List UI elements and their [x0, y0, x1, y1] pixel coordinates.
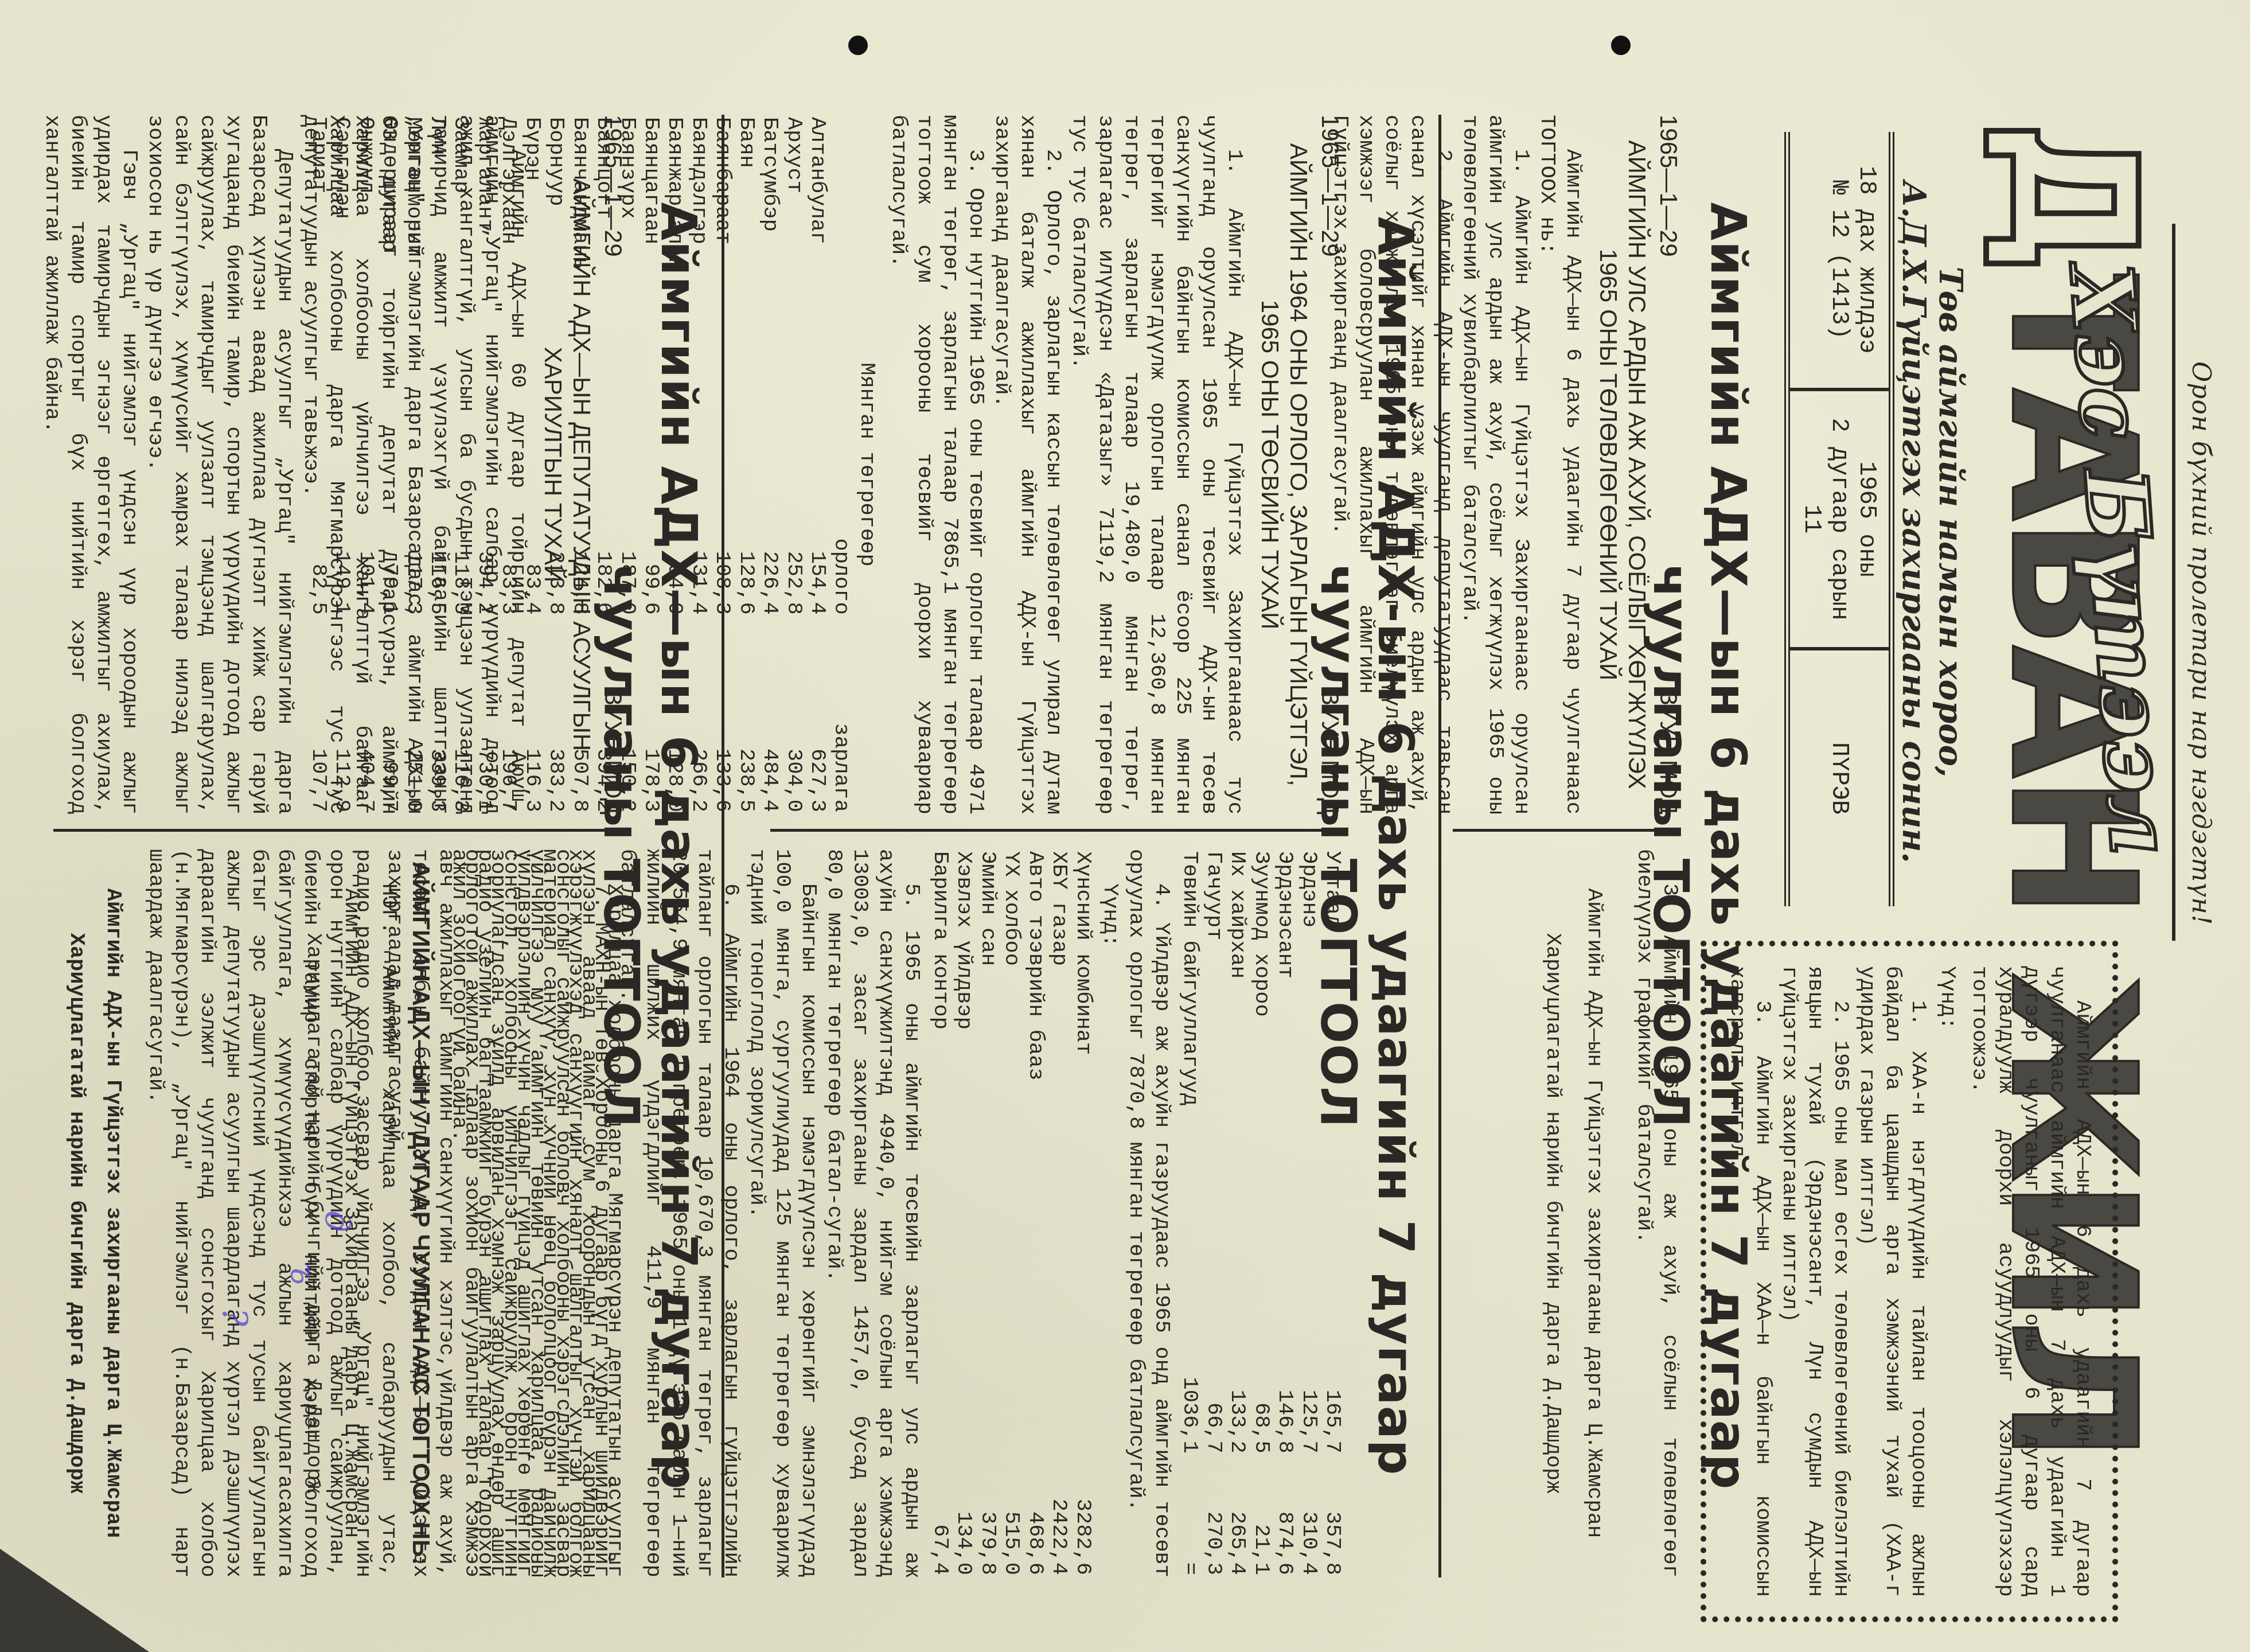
issue-number-cell: 18 дах жилдээ № 12 (1413): [1790, 132, 1889, 391]
article-deputies-subtitle: АЙМГИЙН АДХ—ЫН ДЕПУТАТУУДЫН АСУУЛГЫН ХАР…: [538, 115, 596, 815]
table-row: Төвийн байгууллагууд1036,1=: [1177, 849, 1201, 1577]
article-deputies-col1: 1965—1—29 ЗУУН МОД АЙМГИЙН АДХ—ЫН ДЕПУТА…: [38, 115, 627, 815]
table-row: Баян128,6238,5: [734, 115, 757, 815]
article-deputies-signatures: Аймгийн АДХ-ын Гүйцэтгэх захиргааны дарг…: [63, 849, 127, 1577]
row-value: 165,7: [1320, 1311, 1344, 1456]
row-value: 3282,6: [1070, 1390, 1094, 1577]
table-row: Эрдэнэсант146,8874,6: [1273, 849, 1296, 1577]
sum-budget-table-continued: Угтаал165,7357,8Эрдэнэ125,7310,4Эрдэнэса…: [1177, 849, 1344, 1577]
row-label: ХБҮ газар: [1047, 849, 1070, 1390]
row-value: 252,8: [781, 446, 805, 617]
row-value: 133,2: [1225, 1311, 1249, 1456]
title-outline-letter: Д: [1986, 120, 2158, 274]
column-rule: [1453, 829, 1676, 832]
article-deputies-date: 1965—1—29: [599, 115, 627, 257]
row-label: ҮХ холбоо: [999, 849, 1023, 1390]
row-value: 134,0: [952, 1390, 975, 1577]
resolution-heading: АЙМГИЙН АДХ—ЫН 7 ДУГААР ЧУУЛГАНААС ТОГТО…: [407, 849, 435, 1577]
table-row: Алтанбулаг154,4627,3: [805, 115, 829, 815]
row-value: 68,5: [1249, 1311, 1272, 1456]
newspaper-page: Орон бүхний пролетари нар нэгдэгтүн! ДТА…: [0, 0, 2250, 1652]
table-row: Архуст252,8304,0: [781, 115, 805, 815]
row-value: 357,8: [1320, 1456, 1344, 1577]
table-row: Хүнсний комбинат3282,6: [1070, 849, 1094, 1577]
table-row: Гачуурт66,7270,3: [1201, 849, 1225, 1577]
issue-info-bar: 18 дах жилдээ № 12 (1413) 1965 оны 2 дуг…: [1784, 132, 1894, 906]
table-row: Эмийн сан379,8: [975, 849, 999, 1577]
row-value: 265,4: [1225, 1456, 1249, 1577]
enterprise-income-table: Хүнсний комбинат3282,6ХБҮ газар2422,4Авт…: [928, 849, 1094, 1577]
row-value: 125,7: [1296, 1311, 1320, 1456]
row-value: 379,8: [975, 1390, 999, 1577]
article-budget-subtitle: АЙМГИЙН 1964 ОНЫ ОРЛОГО, ЗАРЛАГЫН ГҮЙЦЭТ…: [1255, 115, 1313, 815]
table-row: Угтаал165,7357,8: [1320, 849, 1344, 1577]
table-row: Батсүмбэр226,4484,4: [758, 115, 781, 815]
row-value: 66,7: [1201, 1311, 1225, 1456]
punch-hole: [848, 36, 868, 55]
signature: Хариуцлагатай нарийн бичгийн дарга Д.Даш…: [1539, 849, 1566, 1577]
issue-weekday-cell: ПҮРЭВ: [1790, 650, 1889, 906]
issue-date-cell: 1965 оны 2 дугаар сарын 11: [1790, 391, 1889, 650]
table-row: Зуунмод хороо68,521,1: [1249, 849, 1272, 1577]
handwritten-mark: ъ: [283, 1262, 323, 1285]
column-header: зарлага: [829, 617, 852, 815]
column-header: орлого: [829, 446, 852, 617]
table-row: Хэвлэх үйлдвэр134,0: [952, 849, 975, 1577]
row-value: 515,0: [999, 1390, 1023, 1577]
article-plan-subtitle: АЙМГИЙН УЛС АРДЫН АЖ АХУЙ, СОЁЛЫГ ХӨГЖҮҮ…: [1593, 115, 1651, 815]
column-rule: [53, 829, 627, 832]
article-plan-right: 3. Аймгийн 1965 оны аж ахуй, соёлын төлө…: [1539, 849, 1682, 1577]
row-value: 310,4: [1296, 1456, 1320, 1577]
notice-item: 1. ХАА-н нэгдлүүдийн тайлан тооцооны ажл…: [1853, 966, 1931, 1597]
row-label: Авто тээврийн бааз: [1023, 849, 1046, 1390]
table-row: ХБҮ газар2422,4: [1047, 849, 1070, 1577]
row-value: 627,3: [805, 617, 829, 815]
table-row: Их хайрхан133,2265,4: [1225, 849, 1249, 1577]
article-deputies-dateline: 1965—1—29 ЗУУН МОД: [599, 115, 627, 815]
notice-intro: Аймгийн АДХ—ын 6 дахь удаагийн 7 дугаар …: [1966, 966, 2095, 1597]
article-budget-place: ЗУУН МОД: [1316, 691, 1344, 815]
article-budget-p4: 4. Үйлдвэр аж ахуйн газруудаас 1965 онд …: [1097, 849, 1174, 1577]
row-label: Батсүмбэр: [758, 115, 781, 446]
row-value: 304,0: [781, 617, 805, 815]
article-plan-place: ЗУУН МОД: [1655, 691, 1682, 815]
row-value: 1036,1: [1177, 1311, 1201, 1456]
table-row: ҮХ холбоо515,0: [999, 849, 1023, 1577]
session-notice-box: Аймгийн АДХ—ын 6 дахь удаагийн 7 дугаар …: [1701, 941, 2118, 1622]
table-unit-label: Мянган төгрөгөөр: [855, 115, 879, 815]
row-label: Архуст: [781, 115, 805, 446]
row-label: Угтаал: [1320, 849, 1344, 1311]
issue-year: 1965 оны: [1853, 403, 1881, 636]
handwritten-mark: ?: [214, 1308, 254, 1326]
row-value: 128,6: [734, 446, 757, 617]
resolution-text: НЭГ. Аймгийн харилцаа холбоо, салбарууды…: [142, 849, 400, 1577]
publisher: Төв аймгийн намын хороо, А.Д.Х.Гүйцэтгэх…: [1895, 120, 1969, 924]
row-value: 270,3: [1201, 1456, 1225, 1577]
issue-number: № 12 (1413): [1826, 143, 1853, 376]
row-label: Алтанбулаг: [805, 115, 829, 446]
row-label: Хэвлэх үйлдвэр: [952, 849, 975, 1390]
punch-hole: [1611, 36, 1631, 55]
article-budget-date: 1965—1—29: [1316, 115, 1344, 257]
row-label: Их хайрхан: [1225, 849, 1249, 1311]
row-label: Эмийн сан: [975, 849, 999, 1390]
article-budget-body: 1. Аймгийн АДХ—ын Гүйцэтгэх Захиргаанаас…: [884, 115, 1247, 815]
table-row: Барилга контор67,4: [928, 849, 952, 1577]
signature: Хариуцлагатай нарийн бичгийн дарга Д.Даш…: [63, 849, 90, 1577]
signature: Аймгийн АДХ-ын Гүйцэтгэх захиргааны дарг…: [99, 849, 127, 1577]
column-rule: [770, 829, 1344, 832]
issue-year-of-publication: 18 дах жилдээ: [1853, 143, 1881, 376]
article-plan-date: 1965—1—29: [1655, 115, 1682, 257]
article-deputies-body: Аймгийн АДХ—ын 60 дугаар тойргийн депута…: [38, 115, 530, 815]
row-value: 154,4: [805, 446, 829, 617]
row-value: 238,5: [734, 617, 757, 815]
row-label: Гачуурт: [1201, 849, 1225, 1311]
article-budget-dateline: 1965—1—29 ЗУУН МОД: [1316, 115, 1344, 815]
handwritten-mark: д: [317, 1210, 357, 1232]
row-label: Эрдэнэсант: [1273, 849, 1296, 1311]
row-value: 67,4: [928, 1390, 952, 1577]
publisher-line2: А.Д.Х.Гүйцэтгэх захиргааны сонин.: [1895, 120, 1932, 924]
article-deputies-body-cont: Харилцаа холбооны дарга Мягмарсүрэн депу…: [446, 849, 627, 1577]
row-value: 146,8: [1273, 1311, 1296, 1456]
column-header: [829, 115, 852, 446]
row-value: 2422,4: [1047, 1390, 1070, 1577]
article-deputies-place: ЗУУН МОД: [599, 691, 627, 815]
row-label: Төвийн байгууллагууд: [1177, 849, 1201, 1311]
notice-label: Үүнд:: [1934, 966, 1960, 1597]
signature: Аймгийн АДХ—ын Гүйцэтгэх захиргааны дарг…: [1580, 849, 1608, 1577]
notice-item: 2. 1965 оны мал өсгөх төлөвлөгөөний биел…: [1776, 966, 1853, 1597]
row-value: 468,6: [1023, 1390, 1046, 1577]
row-label: Хүнсний комбинат: [1070, 849, 1094, 1390]
row-label: Барилга контор: [928, 849, 952, 1390]
row-value: =: [1177, 1456, 1201, 1577]
row-value: 874,6: [1273, 1456, 1296, 1577]
article-plan-dateline: 1965—1—29 ЗУУН МОД: [1655, 115, 1682, 815]
row-label: Баян: [734, 115, 757, 446]
row-label: Эрдэнэ: [1296, 849, 1320, 1311]
section-rule: [722, 115, 724, 1577]
issue-date: 2 дугаар сарын 11: [1798, 403, 1853, 636]
publisher-line1: Төв аймгийн намын хороо,: [1932, 120, 1969, 924]
article-plan-body-cont: 3. Аймгийн 1965 оны аж ахуй, соёлын төлө…: [1631, 849, 1682, 1577]
row-label: Зуунмод хороо: [1249, 849, 1272, 1311]
masthead-motto: Орон бүхний пролетари нар нэгдэгтүн!: [2186, 361, 2216, 992]
row-value: 21,1: [1249, 1456, 1272, 1577]
row-value: 484,4: [758, 617, 781, 815]
table-row: Авто тээврийн бааз468,6: [1023, 849, 1046, 1577]
issue-weekday: ПҮРЭВ: [1826, 742, 1853, 815]
table-row: Эрдэнэ125,7310,4: [1296, 849, 1320, 1577]
section-rule: [1438, 115, 1441, 1577]
row-value: 226,4: [758, 446, 781, 617]
article-plan-signatures: Аймгийн АДХ—ын Гүйцэтгэх захиргааны дарг…: [1539, 849, 1608, 1577]
